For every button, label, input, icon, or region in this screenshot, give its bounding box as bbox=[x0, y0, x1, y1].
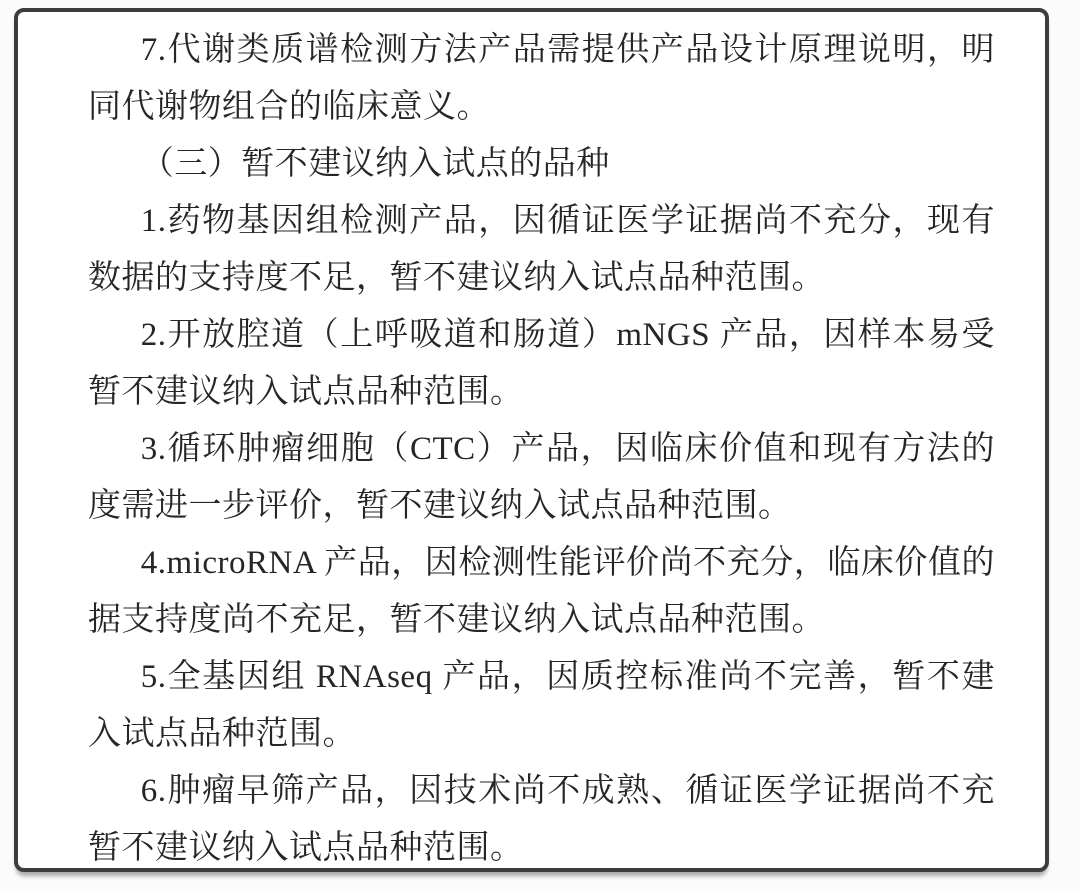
text-line: 同代谢物组合的临床意义。 bbox=[88, 79, 995, 136]
document-page-frame: 7.代谢类质谱检测方法产品需提供产品设计原理说明，明确不同代谢物组合的临床意义。… bbox=[14, 8, 1049, 872]
text-line: 数据的支持度不足，暂不建议纳入试点品种范围。 bbox=[88, 250, 995, 307]
text-line: 2.开放腔道（上呼吸道和肠道）mNGS 产品，因样本易受干扰， bbox=[88, 307, 995, 364]
text-line: 1.药物基因组检测产品，因循证医学证据尚不充分，现有临床 bbox=[88, 193, 995, 250]
text-line: 7.代谢类质谱检测方法产品需提供产品设计原理说明，明确不 bbox=[88, 22, 995, 79]
text-line: 3.循环肿瘤细胞（CTC）产品，因临床价值和现有方法的成熟 bbox=[88, 421, 995, 478]
text-line: （三）暂不建议纳入试点的品种 bbox=[88, 136, 995, 193]
text-line: 度需进一步评价，暂不建议纳入试点品种范围。 bbox=[88, 478, 995, 535]
text-line: 4.microRNA 产品，因检测性能评价尚不充分，临床价值的数 bbox=[88, 535, 995, 592]
text-line: 暂不建议纳入试点品种范围。 bbox=[88, 820, 995, 877]
text-line: 6.肿瘤早筛产品，因技术尚不成熟、循证医学证据尚不充分， bbox=[88, 763, 995, 820]
document-body: 7.代谢类质谱检测方法产品需提供产品设计原理说明，明确不同代谢物组合的临床意义。… bbox=[88, 22, 995, 877]
text-line: 据支持度尚不充足，暂不建议纳入试点品种范围。 bbox=[88, 592, 995, 649]
text-line: 5.全基因组 RNAseq 产品，因质控标准尚不完善，暂不建议纳 bbox=[88, 649, 995, 706]
text-line: 暂不建议纳入试点品种范围。 bbox=[88, 364, 995, 421]
text-line: 入试点品种范围。 bbox=[88, 706, 995, 763]
